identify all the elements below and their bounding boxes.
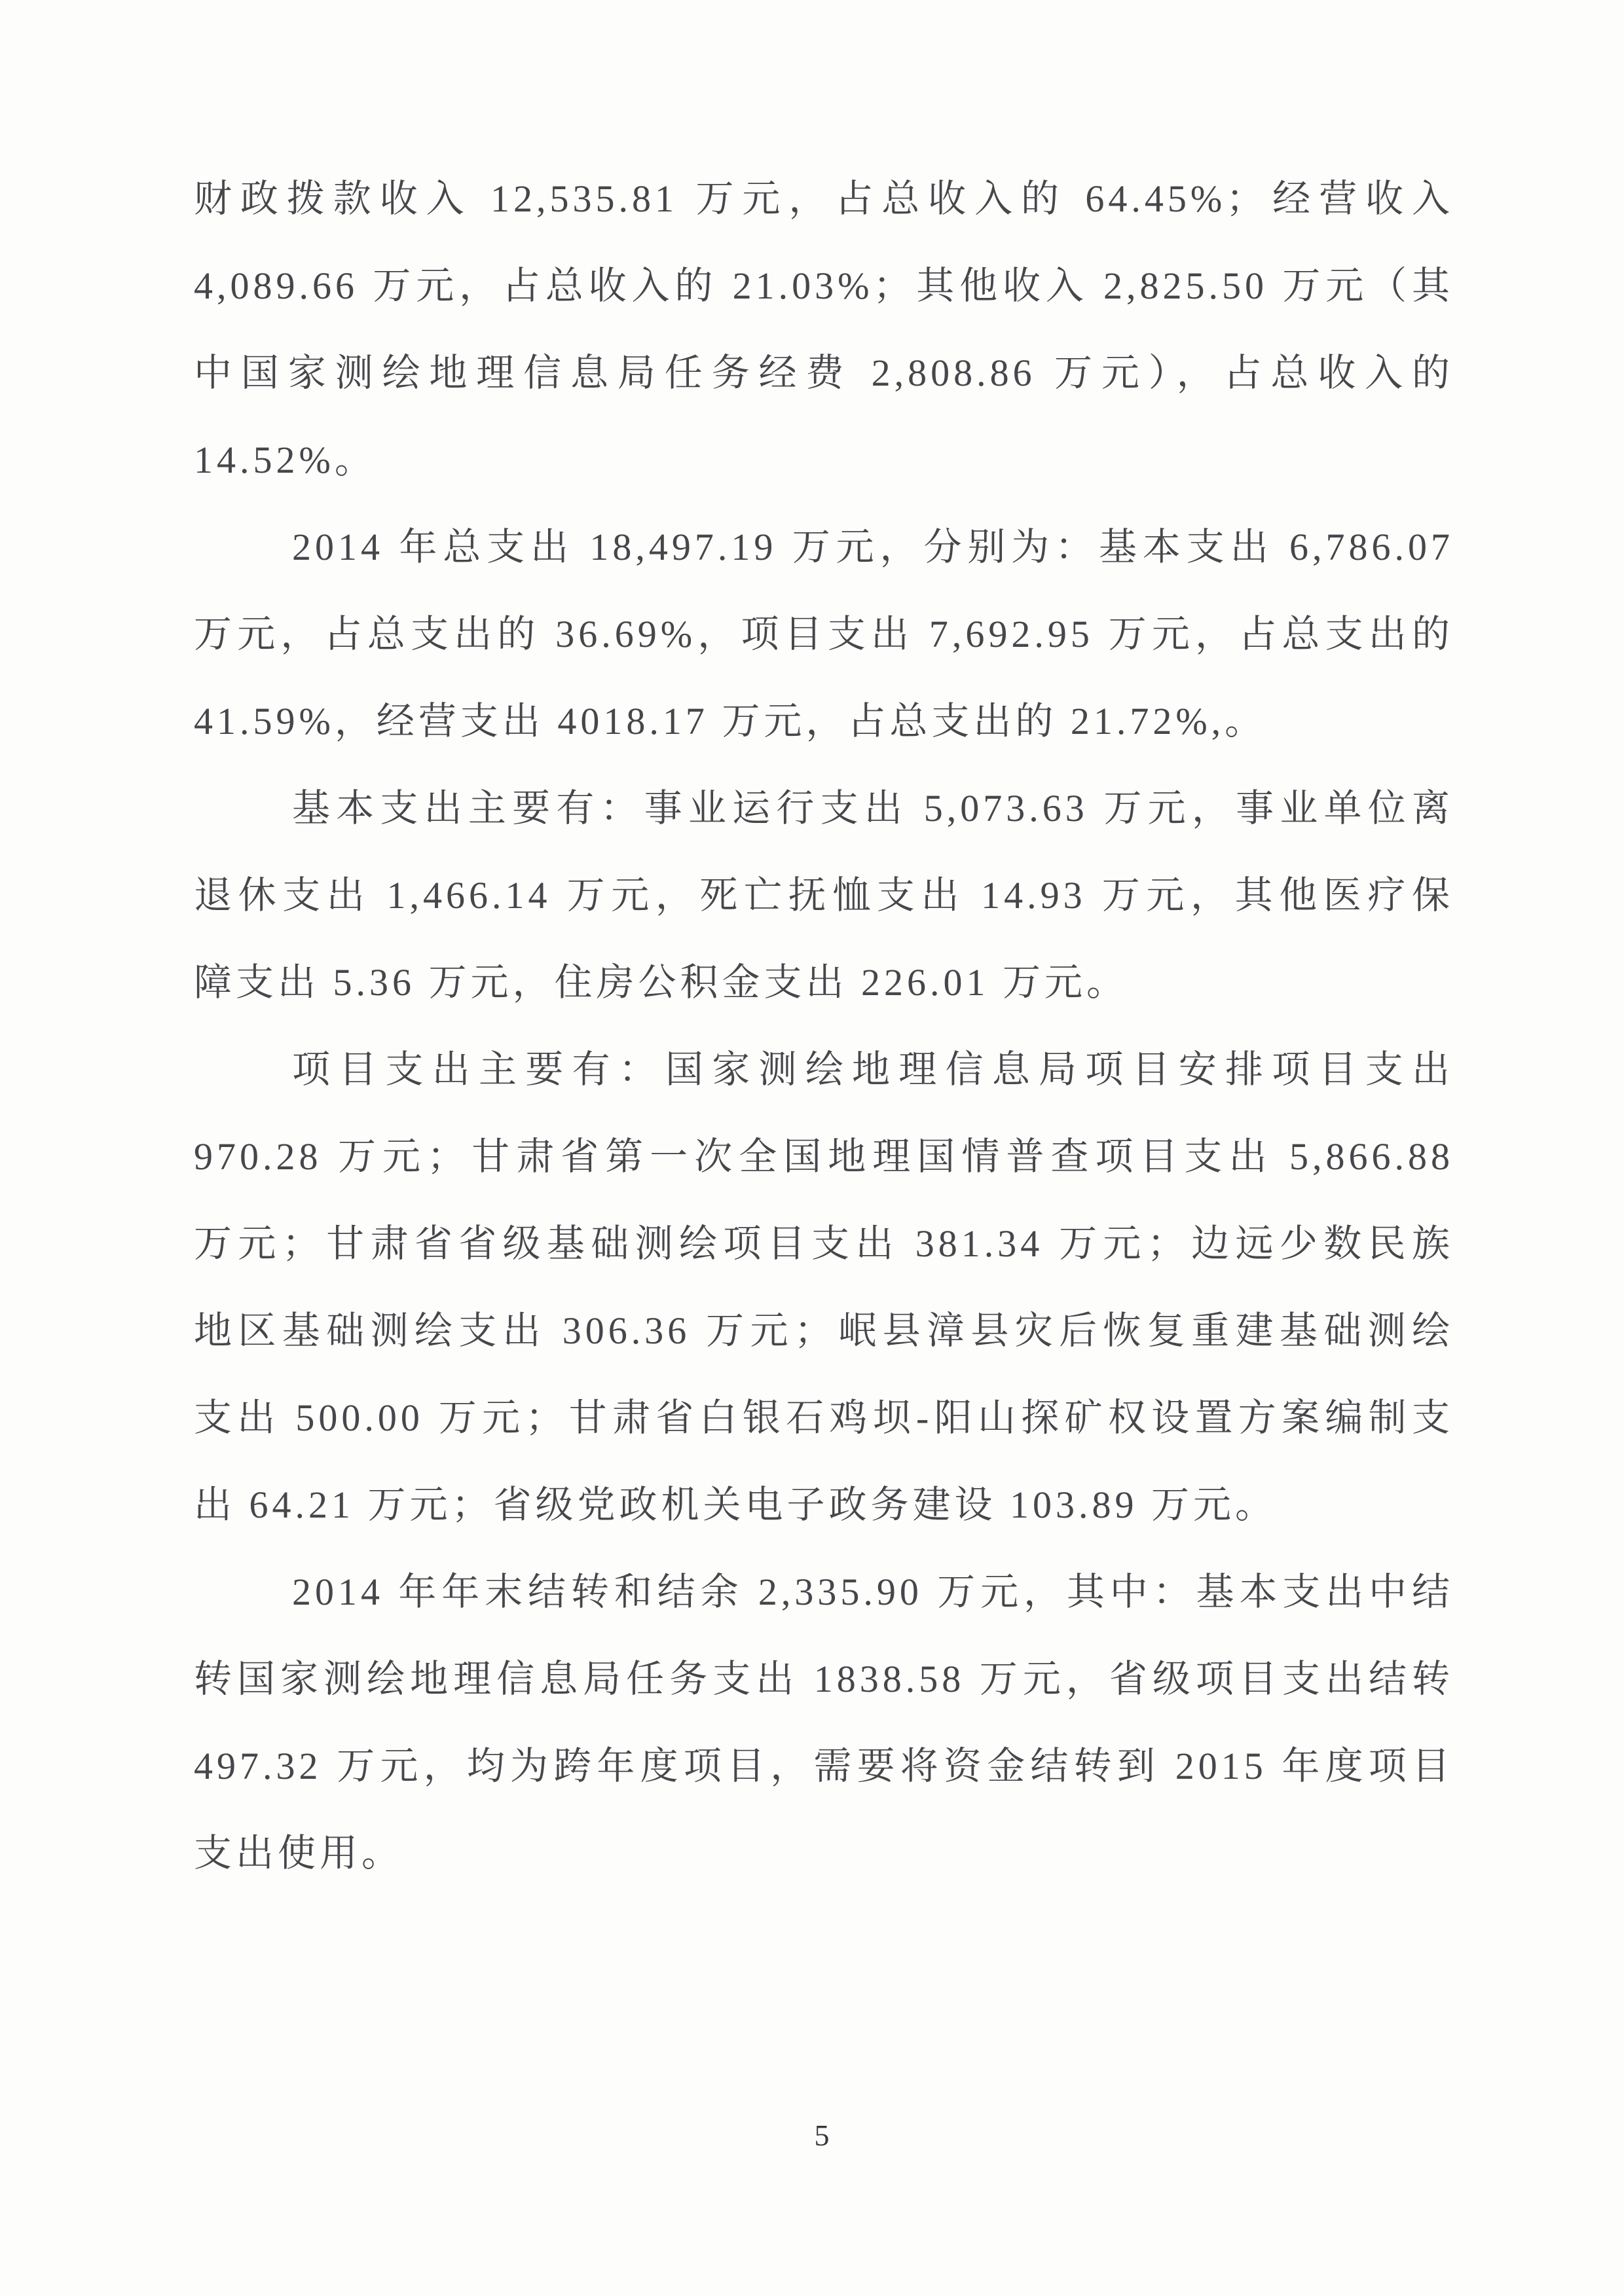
text-line: 项目支出主要有：国家测绘地理信息局项目安排项目支出 [194, 1026, 1454, 1113]
text-line: 14.52%。 [194, 416, 1454, 503]
text-line: 基本支出主要有：事业运行支出 5,073.63 万元，事业单位离 [194, 765, 1454, 852]
text-line: 4,089.66 万元，占总收入的 21.03%；其他收入 2,825.50 万… [194, 242, 1454, 329]
text-line: 2014 年年末结转和结余 2,335.90 万元，其中：基本支出中结 [194, 1548, 1454, 1635]
text-line: 970.28 万元；甘肃省第一次全国地理国情普查项目支出 5,866.88 [194, 1113, 1454, 1200]
text-line: 支出使用。 [194, 1810, 1454, 1897]
text-line: 出 64.21 万元；省级党政机关电子政务建设 103.89 万元。 [194, 1461, 1454, 1548]
text-line: 退休支出 1,466.14 万元，死亡抚恤支出 14.93 万元，其他医疗保 [194, 852, 1454, 939]
document-page: 财政拨款收入 12,535.81 万元，占总收入的 64.45%；经营收入 4,… [0, 0, 1624, 2296]
text-line: 障支出 5.36 万元，住房公积金支出 226.01 万元。 [194, 939, 1454, 1026]
text-line: 地区基础测绘支出 306.36 万元；岷县漳县灾后恢复重建基础测绘 [194, 1287, 1454, 1374]
text-line: 财政拨款收入 12,535.81 万元，占总收入的 64.45%；经营收入 [194, 155, 1454, 242]
text-line: 支出 500.00 万元；甘肃省白银石鸡坝-阳山探矿权设置方案编制支 [194, 1374, 1454, 1461]
text-line: 497.32 万元，均为跨年度项目，需要将资金结转到 2015 年度项目 [194, 1722, 1454, 1810]
text-line: 中国家测绘地理信息局任务经费 2,808.86 万元），占总收入的 [194, 329, 1454, 416]
page-number: 5 [0, 2103, 1624, 2168]
text-line: 转国家测绘地理信息局任务支出 1838.58 万元，省级项目支出结转 [194, 1635, 1454, 1722]
text-line: 41.59%，经营支出 4018.17 万元，占总支出的 21.72%,。 [194, 678, 1454, 765]
text-line: 2014 年总支出 18,497.19 万元，分别为：基本支出 6,786.07 [194, 503, 1454, 591]
text-line: 万元；甘肃省省级基础测绘项目支出 381.34 万元；边远少数民族 [194, 1200, 1454, 1287]
text-line: 万元，占总支出的 36.69%，项目支出 7,692.95 万元，占总支出的 [194, 591, 1454, 678]
